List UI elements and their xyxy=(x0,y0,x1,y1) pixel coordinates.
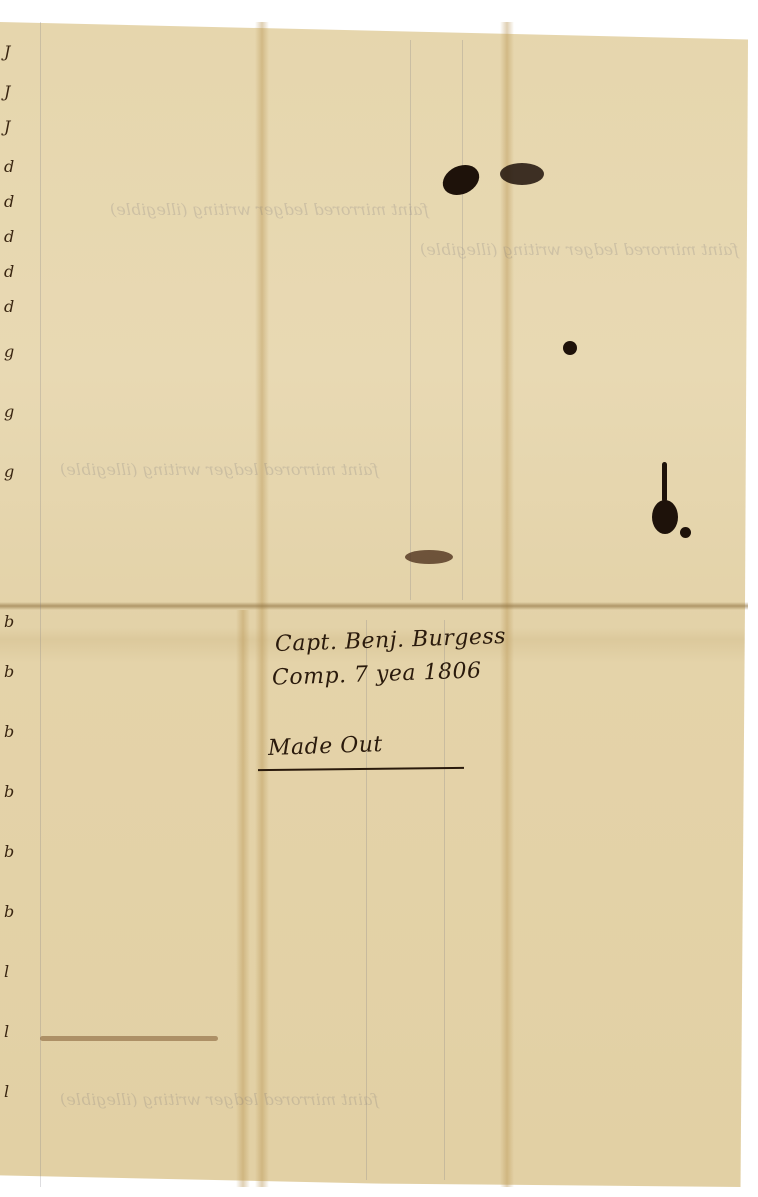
ink-blot xyxy=(680,527,691,538)
margin-mark: d xyxy=(4,262,14,281)
bleed-through-text: faint mirrored ledger writing (illegible… xyxy=(420,240,738,259)
ink-smudge xyxy=(405,550,453,564)
margin-mark: b xyxy=(4,902,14,921)
margin-mark: b xyxy=(4,612,14,631)
margin-rule xyxy=(40,22,41,1187)
ink-drip xyxy=(662,462,667,502)
margin-mark: J xyxy=(4,117,10,136)
margin-mark: d xyxy=(4,227,14,246)
bleed-through-text: faint mirrored ledger writing (illegible… xyxy=(60,460,378,479)
margin-mark: l xyxy=(4,1022,9,1041)
margin-mark: g xyxy=(4,342,14,361)
ledger-rule xyxy=(410,40,411,600)
margin-mark: d xyxy=(4,297,14,316)
margin-mark: b xyxy=(4,782,14,801)
horizontal-fold xyxy=(0,602,748,610)
margin-mark: b xyxy=(4,662,14,681)
ledger-rule xyxy=(444,620,445,1180)
ledger-rule xyxy=(462,40,463,600)
margin-mark: b xyxy=(4,722,14,741)
ink-blot xyxy=(563,341,577,355)
margin-mark: J xyxy=(4,42,10,61)
margin-mark: g xyxy=(4,462,14,481)
ink-blot xyxy=(652,500,678,534)
left-margin-strip: J J J d d d d d g g g b b b b b b l l l xyxy=(0,22,38,1187)
bleed-through-text: faint mirrored ledger writing (illegible… xyxy=(110,200,428,219)
bleed-through-text: faint mirrored ledger writing (illegible… xyxy=(60,1090,378,1109)
ink-blot xyxy=(500,163,544,185)
margin-mark: l xyxy=(4,1082,9,1101)
margin-mark: l xyxy=(4,962,9,981)
margin-mark: J xyxy=(4,82,10,101)
docket-line-3: Made Out xyxy=(268,732,384,761)
margin-mark: d xyxy=(4,157,14,176)
margin-mark: d xyxy=(4,192,14,211)
stain-line xyxy=(40,1036,218,1041)
margin-mark: b xyxy=(4,842,14,861)
margin-mark: g xyxy=(4,402,14,421)
